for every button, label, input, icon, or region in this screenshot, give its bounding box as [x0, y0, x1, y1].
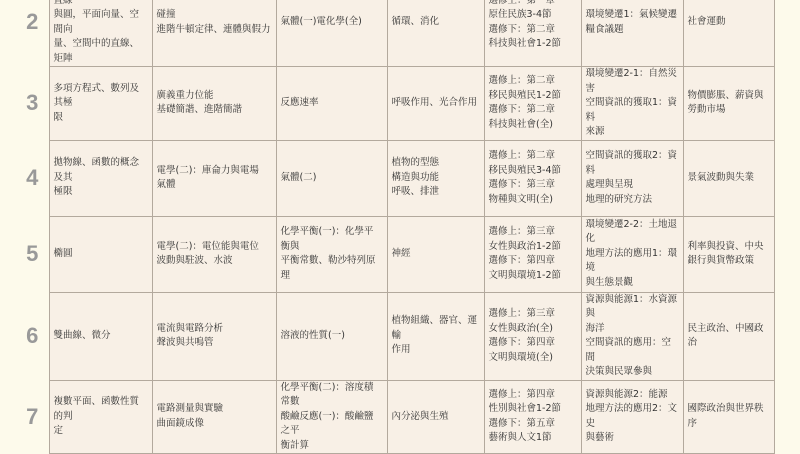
biology-cell: 循環、消化 [387, 0, 484, 67]
cell-text-line: 與生態景觀 [586, 276, 679, 291]
math-cell: 三角函數、指對數、直線與圓，平面向量、空間向量、空間中的直線、矩陣 [49, 0, 152, 67]
cell-text-line: 構造與功能 [392, 171, 480, 186]
study-schedule-table: 2三角函數、指對數、直線與圓，平面向量、空間向量、空間中的直線、矩陣碰撞進階牛頓… [16, 0, 775, 400]
cell-text-line: 空間資訊的獲取2：資料 [586, 149, 679, 178]
cell-text-line: 電學(二)：電位能與電位 [157, 240, 272, 255]
chemistry-cell: 化學平衡(二)：溶度積常數酸鹼反應(一)：酸鹼鹽之平衡計算 [276, 380, 387, 400]
cell-text-line: 原住民族3-4節 [489, 8, 577, 23]
cell-text-line: 處理與呈現 [586, 178, 679, 193]
cell-text-line: 物價膨脹、薪資與 [688, 89, 770, 104]
cell-text-line: 與圓，平面向量、空間向 [54, 8, 148, 37]
cell-text-line: 電流與電路分析 [157, 322, 272, 337]
table-row: 5橢圓電學(二)：電位能與電位波動與駐波、水波化學平衡(一)：化學平衡與平衡常數… [16, 216, 774, 292]
cell-text-line: 碰撞 [157, 8, 272, 23]
physics-cell: 電學(二)：庫侖力與電場氣體 [152, 140, 276, 216]
chemistry-cell: 氣體(一)電化學(全) [276, 0, 387, 67]
cell-text-line: 空間資訊的獲取1：資料 [586, 96, 679, 125]
week-number-cell: 7 [16, 380, 49, 400]
cell-text-line: 廣義重力位能 [157, 89, 272, 104]
table-row: 4拋物線、函數的概念及其極限電學(二)：庫侖力與電場氣體氣體(二)植物的型態構造… [16, 140, 774, 216]
cell-text-line: 量、空間中的直線、矩陣 [54, 37, 148, 66]
cell-text-line: 波動與駐波、水波 [157, 254, 272, 269]
cell-text-line: 海洋 [586, 322, 679, 337]
cell-text-line: 文明與環境(全) [489, 351, 577, 366]
cell-text-line: 化學平衡(一)：化學平衡與 [281, 225, 383, 254]
cell-text-line: 限 [54, 111, 148, 126]
chemistry-cell: 反應速率 [276, 67, 387, 141]
physics-cell: 電路測量與實驗曲面鏡成像 [152, 380, 276, 400]
cell-text-line: 選修下：第二章 [489, 23, 577, 38]
cell-text-line: 氣體(一)電化學(全) [281, 15, 383, 30]
cell-text-line: 聲波與共鳴管 [157, 336, 272, 351]
biology-cell: 植物組織、器官、運輸作用 [387, 292, 484, 380]
math-cell: 拋物線、函數的概念及其極限 [49, 140, 152, 216]
cell-text-line: 溶液的性質(一) [281, 329, 383, 344]
cell-text-line: 環境變遷2-1：自然災害 [586, 67, 679, 96]
biology-cell: 神經 [387, 216, 484, 292]
physics-cell: 碰撞進階牛頓定律、連體與假力 [152, 0, 276, 67]
week-number-cell: 2 [16, 0, 49, 67]
cell-text-line: 選修下：第三章 [489, 178, 577, 193]
cell-text-line: 社會運動 [688, 15, 770, 30]
cell-text-line: 環境變遷1：氣候變遷 [586, 8, 679, 23]
physics-cell: 電學(二)：電位能與電位波動與駐波、水波 [152, 216, 276, 292]
cell-text-line: 決策與民眾參與 [586, 365, 679, 380]
cell-text-line: 糧食議題 [586, 23, 679, 38]
civics-cell: 民主政治、中國政治 [683, 292, 774, 380]
geography-cell: 資源與能源1：水資源與海洋空間資訊的應用：空間決策與民眾參與 [581, 292, 683, 380]
cell-text-line: 地理方法的應用1：環境 [586, 247, 679, 276]
chemistry-cell: 溶液的性質(一) [276, 292, 387, 380]
geography-cell: 環境變遷2-1：自然災害空間資訊的獲取1：資料來源 [581, 67, 683, 141]
math-cell: 複數平面、函數性質的判定 [49, 380, 152, 400]
chemistry-cell: 化學平衡(一)：化學平衡與平衡常數、勒沙特列原理 [276, 216, 387, 292]
cell-text-line: 電學(二)：庫侖力與電場 [157, 164, 272, 179]
cell-text-line: 女性與政治1-2節 [489, 240, 577, 255]
cell-text-line: 銀行與貨幣政策 [688, 254, 770, 269]
cell-text-line: 治 [688, 336, 770, 351]
math-cell: 多項方程式、數列及其極限 [49, 67, 152, 141]
cell-text-line: 雙曲線、微分 [54, 329, 148, 344]
civics-cell: 國際政治與世界秩序 [683, 380, 774, 400]
week-number-cell: 3 [16, 67, 49, 141]
table-row: 2三角函數、指對數、直線與圓，平面向量、空間向量、空間中的直線、矩陣碰撞進階牛頓… [16, 0, 774, 67]
cell-text-line: 選修下：第四章 [489, 254, 577, 269]
cell-text-line: 平衡常數、勒沙特列原理 [281, 254, 383, 283]
cell-text-line: 呼吸作用、光合作用 [392, 96, 480, 111]
cell-text-line: 反應速率 [281, 96, 383, 111]
cell-text-line: 景氣波動與失業 [688, 171, 770, 186]
schedule-table-body: 2三角函數、指對數、直線與圓，平面向量、空間向量、空間中的直線、矩陣碰撞進階牛頓… [16, 0, 774, 400]
cell-text-line: 空間資訊的應用：空間 [586, 336, 679, 365]
cell-text-line: 物種與文明(全) [489, 193, 577, 208]
geography-cell: 空間資訊的獲取2：資料處理與呈現地理的研究方法 [581, 140, 683, 216]
math-cell: 雙曲線、微分 [49, 292, 152, 380]
cell-text-line: 植物的型態 [392, 156, 480, 171]
cell-text-line: 女性與政治(全) [489, 322, 577, 337]
history-cell: 選修上：第二章移民與殖民3-4節選修下：第三章物種與文明(全) [484, 140, 581, 216]
civics-cell: 利率與投資、中央銀行與貨幣政策 [683, 216, 774, 292]
history-cell: 選修上：第三章女性與政治(全)選修下：第四章文明與環境(全) [484, 292, 581, 380]
geography-cell: 環境變遷2-2：土地退化地理方法的應用1：環境與生態景觀 [581, 216, 683, 292]
physics-cell: 電流與電路分析聲波與共鳴管 [152, 292, 276, 380]
cell-text-line: 選修上：第二章 [489, 74, 577, 89]
cell-text-line: 作用 [392, 343, 480, 358]
history-cell: 選修上：第一章原住民族3-4節選修下：第二章科技與社會1-2節 [484, 0, 581, 67]
cell-text-line: 科技與社會1-2節 [489, 37, 577, 52]
cell-text-line: 來源 [586, 125, 679, 140]
cell-text-line: 多項方程式、數列及其極 [54, 82, 148, 111]
cell-text-line: 環境變遷2-2：土地退化 [586, 218, 679, 247]
geography-cell: 資源與能源2：能源地理方法的應用2：文史與藝術 [581, 380, 683, 400]
cell-text-line: 拋物線、函數的概念及其 [54, 156, 148, 185]
cell-text-line: 民主政治、中國政 [688, 322, 770, 337]
cell-text-line: 勞動市場 [688, 103, 770, 118]
cell-text-line: 進階牛頓定律、連體與假力 [157, 23, 272, 38]
cell-text-line: 選修上：第一章 [489, 0, 577, 8]
study-schedule-table-container: 2三角函數、指對數、直線與圓，平面向量、空間向量、空間中的直線、矩陣碰撞進階牛頓… [16, 0, 764, 400]
cell-text-line: 資源與能源1：水資源與 [586, 293, 679, 322]
cell-text-line: 選修上：第四章 [489, 388, 577, 400]
cell-text-line: 複數平面、函數性質的判 [54, 395, 148, 400]
week-number-cell: 6 [16, 292, 49, 380]
civics-cell: 社會運動 [683, 0, 774, 67]
cell-text-line: 橢圓 [54, 247, 148, 262]
cell-text-line: 神經 [392, 247, 480, 262]
cell-text-line: 地理的研究方法 [586, 193, 679, 208]
chemistry-cell: 氣體(二) [276, 140, 387, 216]
cell-text-line: 選修上：第三章 [489, 225, 577, 240]
cell-text-line: 呼吸、排泄 [392, 185, 480, 200]
table-row: 7複數平面、函數性質的判定電路測量與實驗曲面鏡成像化學平衡(二)：溶度積常數酸鹼… [16, 380, 774, 400]
geography-cell: 環境變遷1：氣候變遷糧食議題 [581, 0, 683, 67]
cell-text-line: 利率與投資、中央 [688, 240, 770, 255]
cell-text-line: 移民與殖民3-4節 [489, 164, 577, 179]
cell-text-line: 選修上：第二章 [489, 149, 577, 164]
biology-cell: 呼吸作用、光合作用 [387, 67, 484, 141]
cell-text-line: 文明與環境1-2節 [489, 269, 577, 284]
civics-cell: 物價膨脹、薪資與勞動市場 [683, 67, 774, 141]
math-cell: 橢圓 [49, 216, 152, 292]
week-number-cell: 4 [16, 140, 49, 216]
history-cell: 選修上：第四章性別與社會1-2節選修下：第五章藝術與人文1節 [484, 380, 581, 400]
biology-cell: 內分泌與生殖 [387, 380, 484, 400]
physics-cell: 廣義重力位能基礎簡諧、進階簡諧 [152, 67, 276, 141]
cell-text-line: 選修上：第三章 [489, 307, 577, 322]
cell-text-line: 選修下：第二章 [489, 103, 577, 118]
cell-text-line: 資源與能源2：能源 [586, 388, 679, 400]
cell-text-line: 選修下：第四章 [489, 336, 577, 351]
cell-text-line: 極限 [54, 185, 148, 200]
table-row: 6雙曲線、微分電流與電路分析聲波與共鳴管溶液的性質(一)植物組織、器官、運輸作用… [16, 292, 774, 380]
civics-cell: 景氣波動與失業 [683, 140, 774, 216]
cell-text-line: 氣體 [157, 178, 272, 193]
week-number-cell: 5 [16, 216, 49, 292]
history-cell: 選修上：第二章移民與殖民1-2節選修下：第二章科技與社會(全) [484, 67, 581, 141]
cell-text-line: 循環、消化 [392, 15, 480, 30]
biology-cell: 植物的型態構造與功能呼吸、排泄 [387, 140, 484, 216]
table-row: 3多項方程式、數列及其極限廣義重力位能基礎簡諧、進階簡諧反應速率呼吸作用、光合作… [16, 67, 774, 141]
history-cell: 選修上：第三章女性與政治1-2節選修下：第四章文明與環境1-2節 [484, 216, 581, 292]
cell-text-line: 化學平衡(二)：溶度積常數 [281, 381, 383, 401]
cell-text-line: 科技與社會(全) [489, 118, 577, 133]
cell-text-line: 植物組織、器官、運輸 [392, 314, 480, 343]
cell-text-line: 移民與殖民1-2節 [489, 89, 577, 104]
cell-text-line: 氣體(二) [281, 171, 383, 186]
cell-text-line: 基礎簡諧、進階簡諧 [157, 103, 272, 118]
cell-text-line: 三角函數、指對數、直線 [54, 0, 148, 8]
